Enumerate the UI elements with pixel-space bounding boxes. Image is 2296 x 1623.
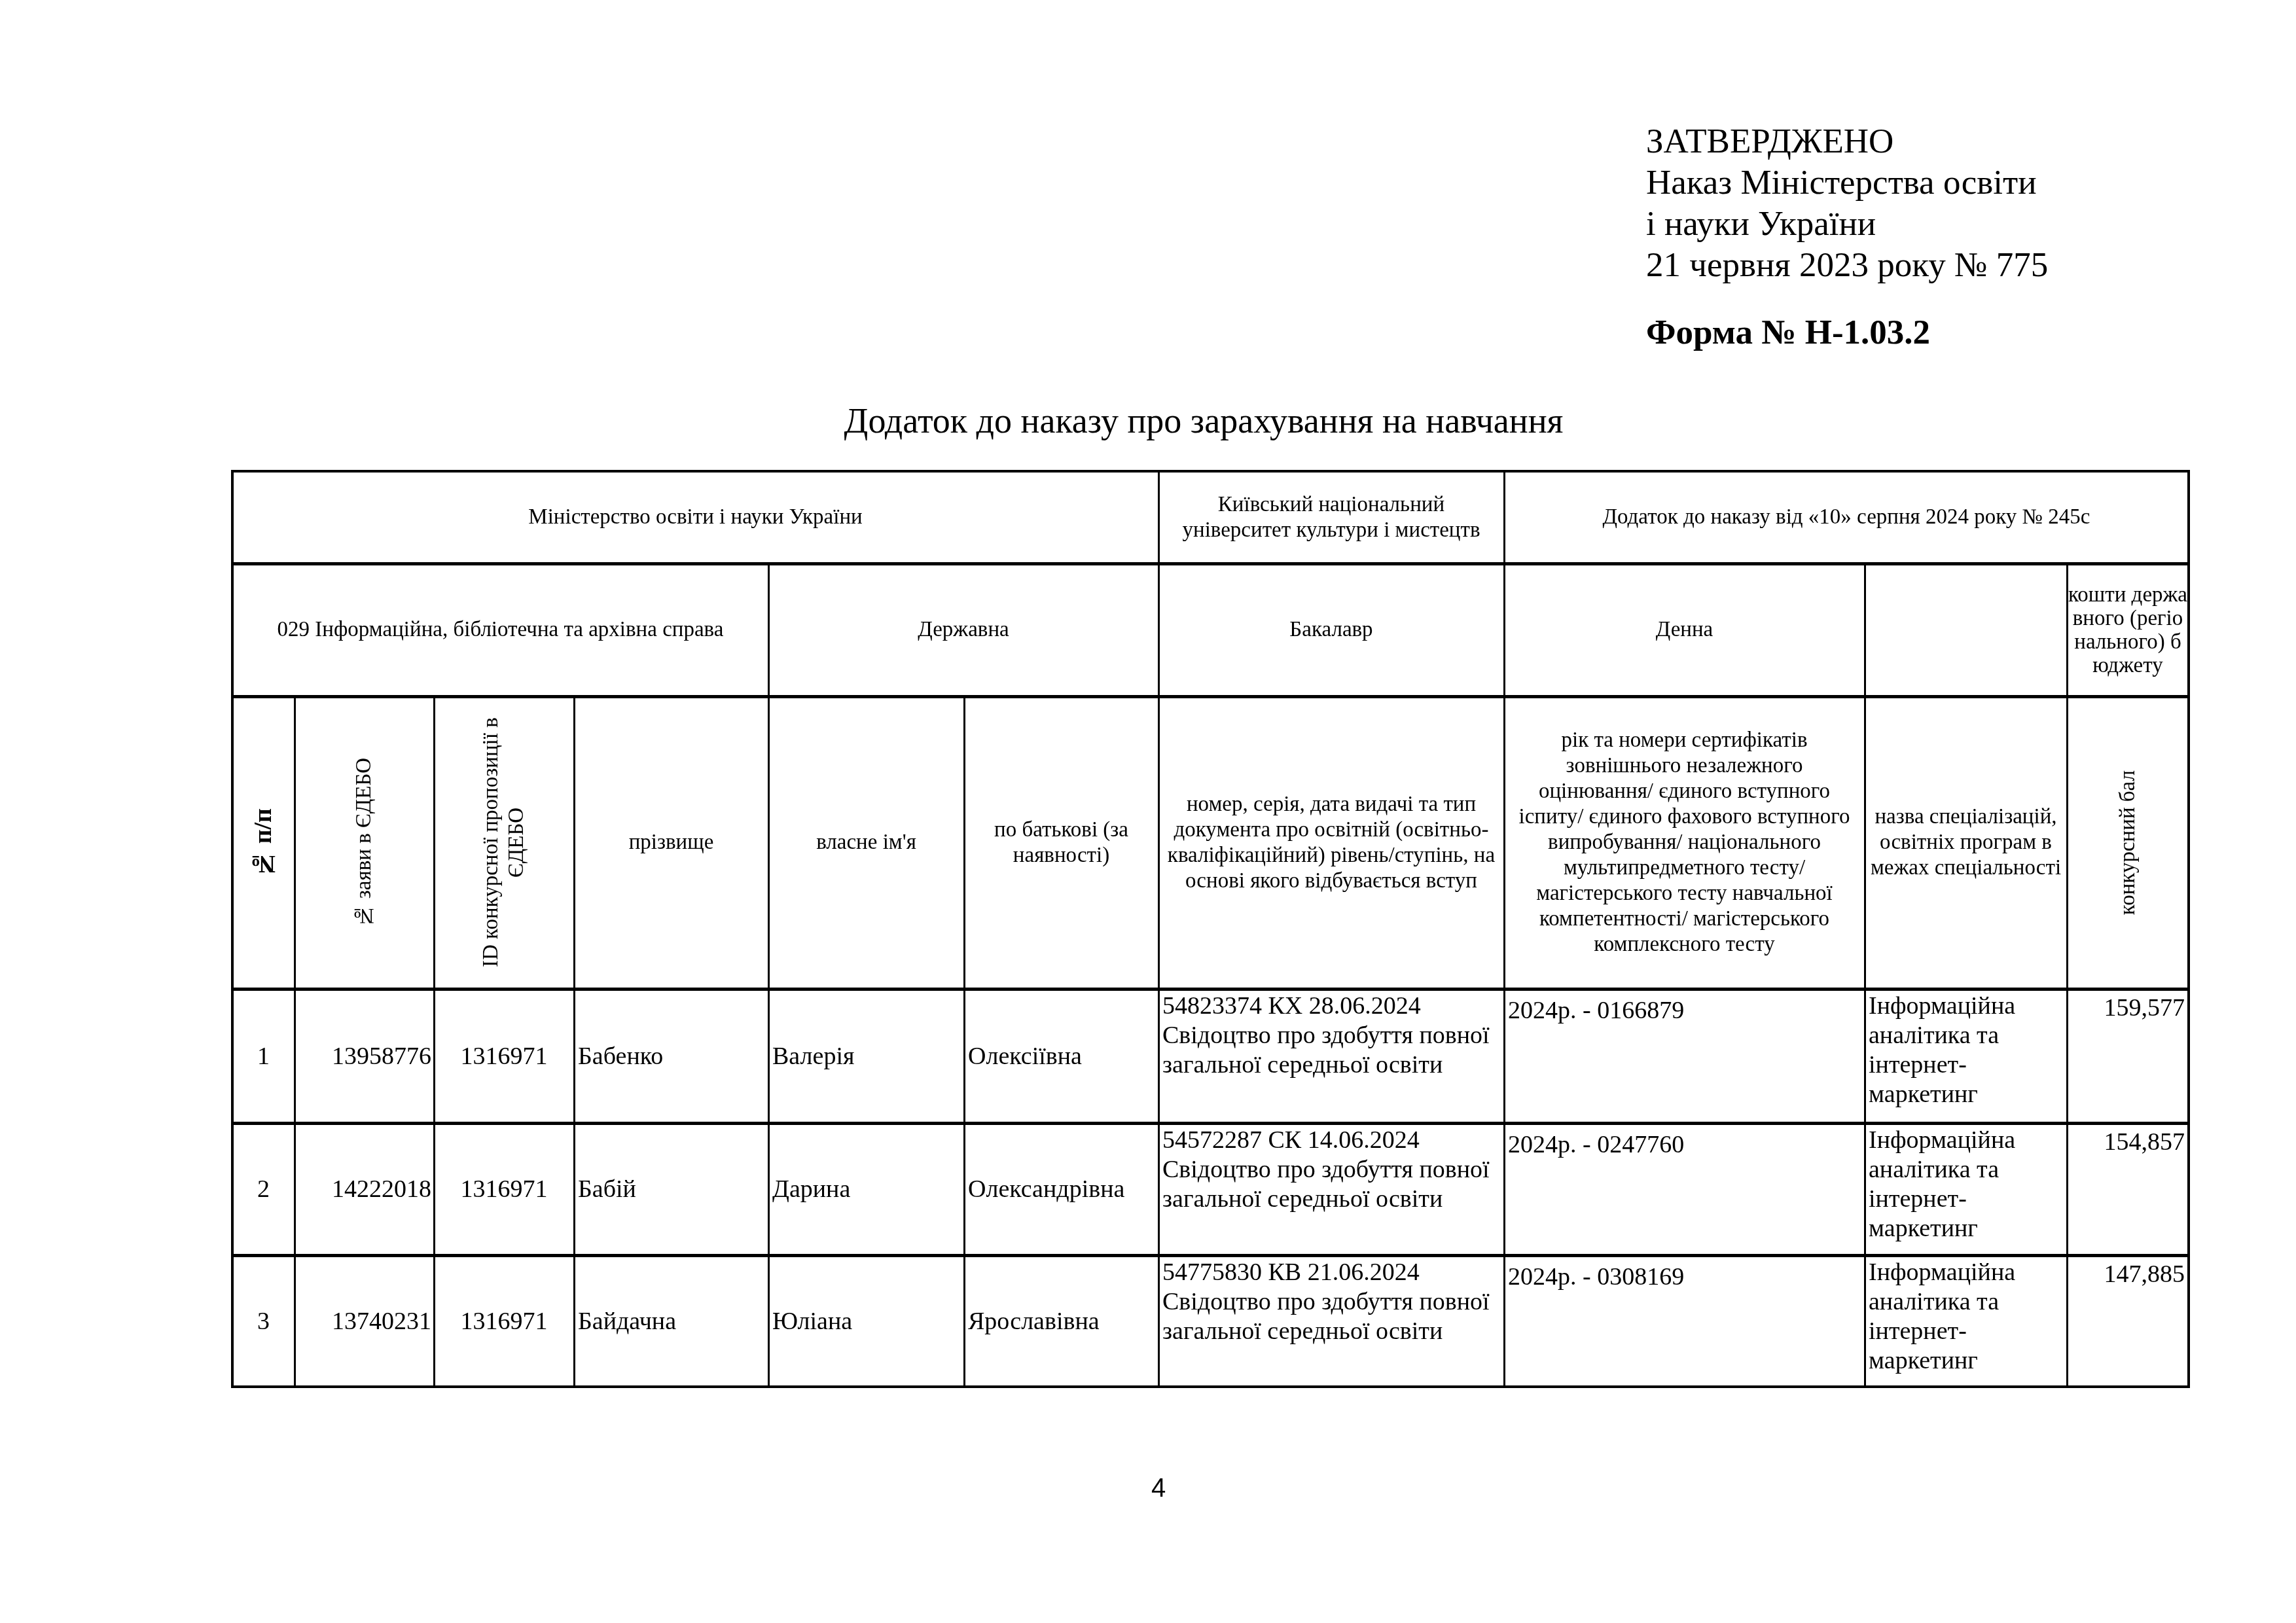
table-rule bbox=[1864, 562, 1866, 1388]
table-rule bbox=[231, 1122, 2190, 1125]
col-score-label: конкурсний бал bbox=[2115, 770, 2141, 915]
table-rule bbox=[1503, 470, 1505, 1388]
table-cell-application-id: 13958776 bbox=[295, 989, 434, 1123]
col-number-label: № п/п bbox=[251, 808, 276, 878]
col-document: номер, серія, дата видачі та тип докумен… bbox=[1158, 696, 1504, 989]
col-surname: прізвище bbox=[574, 696, 768, 989]
col-score: конкурсний бал bbox=[2067, 696, 2189, 989]
table-cell-program: Інформаційна аналітика та інтернет-марке… bbox=[1865, 1255, 2067, 1387]
header-ministry: Міністерство освіти і науки України bbox=[232, 471, 1158, 563]
col-name: власне ім'я bbox=[768, 696, 964, 989]
table-cell-patronymic: Олексіївна bbox=[964, 989, 1158, 1123]
table-cell-certificates: 2024р. - 0247760 bbox=[1504, 1123, 1865, 1255]
table-rule bbox=[231, 695, 2190, 698]
table-cell-name: Валерія bbox=[768, 989, 964, 1123]
table-cell-program: Інформаційна аналітика та інтернет-марке… bbox=[1865, 1123, 2067, 1255]
header-specialty: 029 Інформаційна, бібліотечна та архівна… bbox=[232, 563, 768, 696]
header-study-form: Денна bbox=[1504, 563, 1865, 696]
col-offer-id: ID конкурсної пропозиції в ЄДЕБО bbox=[434, 696, 574, 989]
col-program: назва спеціалізацій, освітніх програм в … bbox=[1865, 696, 2067, 989]
table-cell-offer-id: 1316971 bbox=[434, 1255, 574, 1387]
table-cell-surname: Бабенко bbox=[574, 989, 768, 1123]
page-number: 4 bbox=[1126, 1474, 1191, 1503]
table-rule bbox=[433, 695, 435, 1388]
table-cell-document: 54823374 КХ 28.06.2024 Свідоцтво про здо… bbox=[1158, 989, 1504, 1123]
table-cell-offer-id: 1316971 bbox=[434, 989, 574, 1123]
col-number: № п/п bbox=[232, 696, 295, 989]
table-rule bbox=[294, 695, 296, 1388]
table-cell-certificates: 2024р. - 0308169 bbox=[1504, 1255, 1865, 1387]
header-order-reference: Додаток до наказу від «10» серпня 2024 р… bbox=[1504, 471, 2189, 563]
header-ownership: Державна bbox=[768, 563, 1158, 696]
table-rule bbox=[231, 1254, 2190, 1257]
table-rule bbox=[231, 988, 2190, 991]
header-funding: кошти державного (регіонального) бюджету bbox=[2067, 563, 2189, 696]
table-cell-score: 147,885 bbox=[2067, 1255, 2189, 1387]
table-cell-score: 159,577 bbox=[2067, 989, 2189, 1123]
col-offer-id-label: ID конкурсної пропозиції в ЄДЕБО bbox=[478, 703, 529, 982]
col-application-id-label: № заяви в ЄДЕБО bbox=[351, 758, 377, 927]
table-cell-surname: Бабій bbox=[574, 1123, 768, 1255]
table-rule bbox=[768, 562, 770, 1388]
table-cell-application-id: 14222018 bbox=[295, 1123, 434, 1255]
table-cell-num: 2 bbox=[232, 1123, 295, 1255]
table-rule bbox=[231, 470, 2190, 473]
table-cell-program: Інформаційна аналітика та інтернет-марке… bbox=[1865, 989, 2067, 1123]
enrollment-table: Міністерство освіти і науки УкраїниКиївс… bbox=[0, 0, 2296, 1623]
table-rule bbox=[2187, 470, 2190, 1388]
table-rule bbox=[573, 695, 575, 1388]
table-cell-name: Дарина bbox=[768, 1123, 964, 1255]
col-application-id: № заяви в ЄДЕБО bbox=[295, 696, 434, 989]
header-university: Київський національний університет культ… bbox=[1158, 471, 1504, 563]
table-cell-score: 154,857 bbox=[2067, 1123, 2189, 1255]
table-cell-surname: Байдачна bbox=[574, 1255, 768, 1387]
table-cell-document: 54572287 СК 14.06.2024 Свідоцтво про здо… bbox=[1158, 1123, 1504, 1255]
col-certificates: рік та номери сертифікатів зовнішнього н… bbox=[1504, 696, 1865, 989]
table-cell-application-id: 13740231 bbox=[295, 1255, 434, 1387]
table-cell-document: 54775830 КВ 21.06.2024 Свідоцтво про здо… bbox=[1158, 1255, 1504, 1387]
table-cell-patronymic: Олександрівна bbox=[964, 1123, 1158, 1255]
table-rule bbox=[231, 562, 2190, 565]
table-rule bbox=[1158, 470, 1160, 1388]
table-cell-certificates: 2024р. - 0166879 bbox=[1504, 989, 1865, 1123]
table-cell-offer-id: 1316971 bbox=[434, 1123, 574, 1255]
table-rule bbox=[231, 1385, 2190, 1388]
table-rule bbox=[963, 695, 965, 1388]
table-cell-patronymic: Ярославівна bbox=[964, 1255, 1158, 1387]
table-cell-name: Юліана bbox=[768, 1255, 964, 1387]
table-rule bbox=[231, 470, 234, 1388]
table-cell-num: 1 bbox=[232, 989, 295, 1123]
table-cell-num: 3 bbox=[232, 1255, 295, 1387]
header-empty bbox=[1865, 563, 2067, 696]
header-degree: Бакалавр bbox=[1158, 563, 1504, 696]
col-patronymic: по батькові (за наявності) bbox=[964, 696, 1158, 989]
table-rule bbox=[2066, 562, 2068, 1388]
